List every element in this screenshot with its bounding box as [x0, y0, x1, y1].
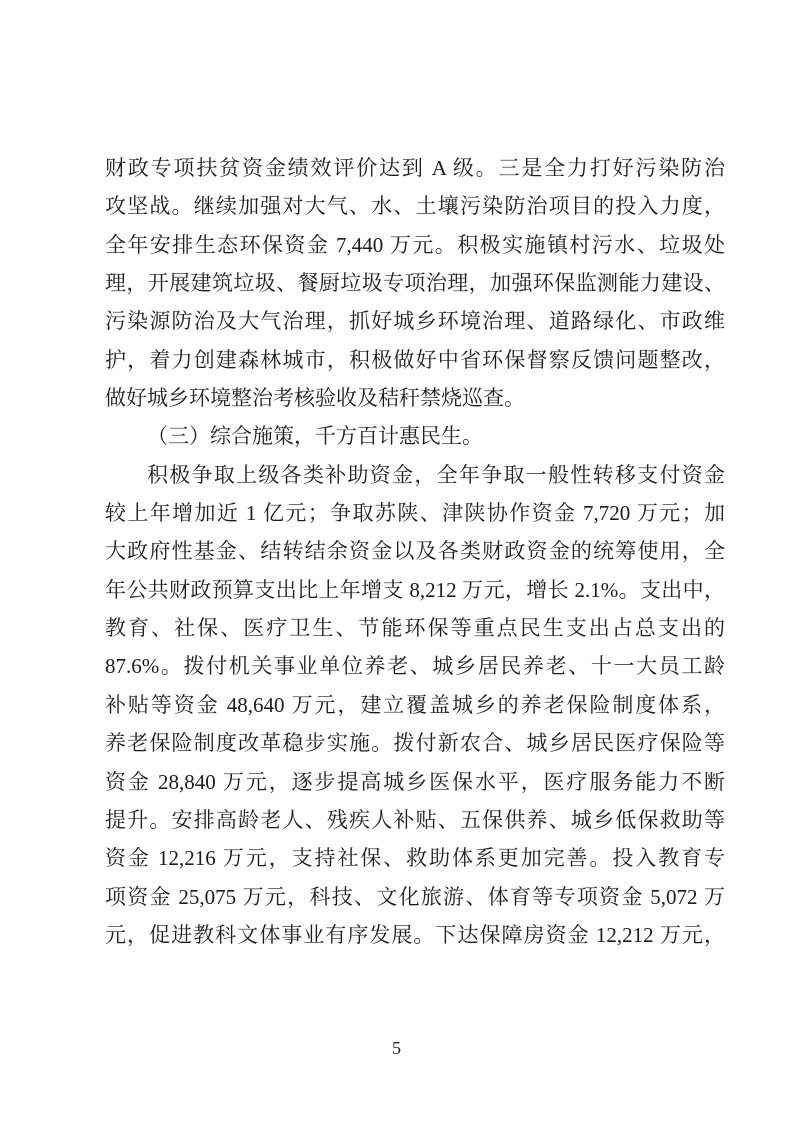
text-line: 资金 12,216 万元，支持社保、救助体系更加完善。投入教育专	[105, 839, 725, 877]
text-line: 做好城乡环境整治考核验收及秸秆禁烧巡查。	[105, 379, 725, 417]
text-line: 项资金 25,075 万元，科技、文化旅游、体育等专项资金 5,072 万	[105, 878, 725, 916]
text-line: 元，促进教科文体事业有序发展。下达保障房资金 12,212 万元，	[105, 916, 725, 954]
text-line: 理，开展建筑垃圾、餐厨垃圾专项治理，加强环保监测能力建设、	[105, 264, 725, 302]
section-heading: （三）综合施策，千方百计惠民生。	[105, 417, 725, 455]
text-line: 提升。安排高龄老人、残疾人补贴、五保供养、城乡低保救助等	[105, 801, 725, 839]
text-line: 87.6%。拨付机关事业单位养老、城乡居民养老、十一大员工龄	[105, 647, 725, 685]
text-line: 资金 28,840 万元，逐步提高城乡医保水平，医疗服务能力不断	[105, 763, 725, 801]
page-footer: 5	[0, 1036, 793, 1060]
text-line: 补贴等资金 48,640 万元，建立覆盖城乡的养老保险制度体系，	[105, 686, 725, 724]
text-line: 教育、社保、医疗卫生、节能环保等重点民生支出占总支出的	[105, 609, 725, 647]
text-line: 大政府性基金、结转结余资金以及各类财政资金的统筹使用，全	[105, 532, 725, 570]
text-line: 养老保险制度改革稳步实施。拨付新农合、城乡居民医疗保险等	[105, 724, 725, 762]
text-line: 攻坚战。继续加强对大气、水、土壤污染防治项目的投入力度，	[105, 187, 725, 225]
text-line: 财政专项扶贫资金绩效评价达到 A 级。三是全力打好污染防治	[105, 149, 725, 187]
text-line: 较上年增加近 1 亿元；争取苏陕、津陕协作资金 7,720 万元；加	[105, 494, 725, 532]
document-page: 财政专项扶贫资金绩效评价达到 A 级。三是全力打好污染防治攻坚战。继续加强对大气…	[0, 0, 793, 1122]
text-line: 年公共财政预算支出比上年增支 8,212 万元，增长 2.1%。支出中，	[105, 571, 725, 609]
page-number: 5	[392, 1038, 401, 1058]
text-line: 污染源防治及大气治理，抓好城乡环境治理、道路绿化、市政维	[105, 302, 725, 340]
text-line: 全年安排生态环保资金 7,440 万元。积极实施镇村污水、垃圾处	[105, 226, 725, 264]
text-line: 积极争取上级各类补助资金，全年争取一般性转移支付资金	[105, 456, 725, 494]
text-line: 护，着力创建森林城市，积极做好中省环保督察反馈问题整改，	[105, 341, 725, 379]
document-body-text: 财政专项扶贫资金绩效评价达到 A 级。三是全力打好污染防治攻坚战。继续加强对大气…	[105, 149, 725, 954]
